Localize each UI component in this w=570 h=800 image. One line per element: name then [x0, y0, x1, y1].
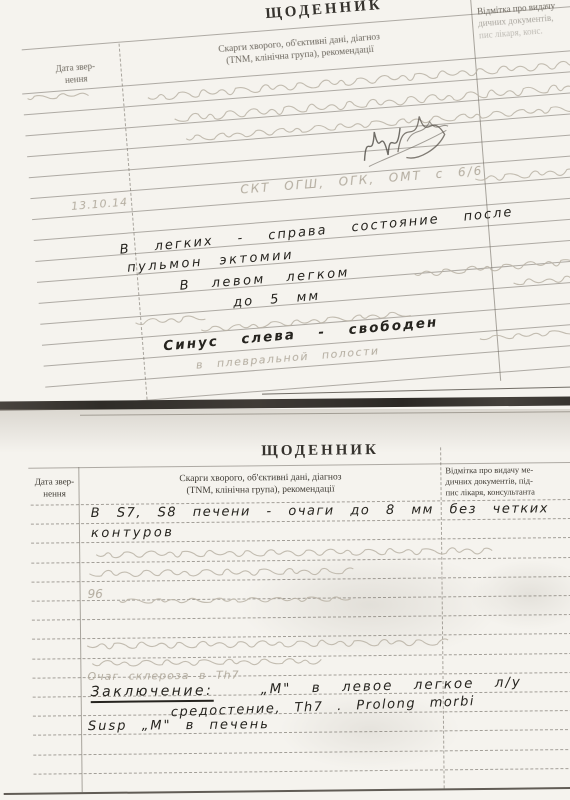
- date-column-header-line1: Дата звер-: [28, 475, 80, 488]
- handwritten-line: контуров: [91, 525, 175, 541]
- right-column-divider: [440, 447, 445, 788]
- pencil-scribble: [120, 591, 345, 608]
- pencil-scribble: [27, 87, 83, 106]
- top-form-sheet: ЩОДЕННИК Дата звер- нення Скарги хворого…: [0, 0, 570, 459]
- main-column-header: Скарги хворого, об'єктивні дані, діагноз…: [90, 470, 430, 498]
- date-column-divider: [119, 44, 148, 405]
- right-column-header: Відмітка про видачу дичних документів, п…: [477, 0, 570, 41]
- date-column-divider: [78, 467, 82, 792]
- handwritten-line: „М" в левое легкое л/у: [260, 674, 522, 697]
- conclusion-label: Заключение:: [91, 683, 214, 703]
- pencil-scribble: [96, 542, 486, 564]
- right-column-header: Відмітка про видачу ме- дичних документі…: [445, 464, 570, 498]
- handwritten-line: средостение, Th7 . Prolong morbi: [171, 694, 476, 720]
- pencil-scribble: [135, 310, 198, 330]
- doctor-signature-scribble: [355, 104, 455, 173]
- main-column-header: Скарги хворого, об'єктивні дані, діагноз…: [154, 26, 445, 73]
- page-title: ЩОДЕННИК: [240, 442, 400, 461]
- handwritten-line: Susp „М" в печень: [88, 717, 270, 734]
- bottom-form-sheet: ЩОДЕННИК Дата звер- нення Скарги хворого…: [0, 434, 570, 800]
- handwritten-visit-date: 13.10.14: [71, 196, 129, 213]
- main-column-header-line2: (TNM, клінічна група), рекомендації: [90, 482, 430, 498]
- ruled-line: [33, 768, 570, 775]
- ruled-line: [33, 749, 570, 756]
- pencil-scribble: [87, 633, 447, 654]
- pencil-scribble: [479, 323, 570, 347]
- right-column-header-line3: пис лікаря, консультанта: [446, 486, 570, 498]
- handwritten-pencil-note: 96: [88, 587, 103, 601]
- ruled-line: [32, 614, 570, 621]
- date-column-header: Дата звер- нення: [40, 59, 112, 88]
- date-column-header-line2: нення: [29, 487, 81, 500]
- table-bottom-border: [4, 787, 570, 795]
- date-column-header: Дата звер- нення: [28, 475, 80, 500]
- pencil-scribble: [89, 562, 344, 582]
- handwritten-pencil-note: Очаг склероза в Th7: [87, 669, 239, 684]
- scanned-medical-diary: ЩОДЕННИК Дата звер- нення Скарги хворого…: [0, 0, 570, 800]
- handwritten-line: до 5 мм: [233, 289, 321, 311]
